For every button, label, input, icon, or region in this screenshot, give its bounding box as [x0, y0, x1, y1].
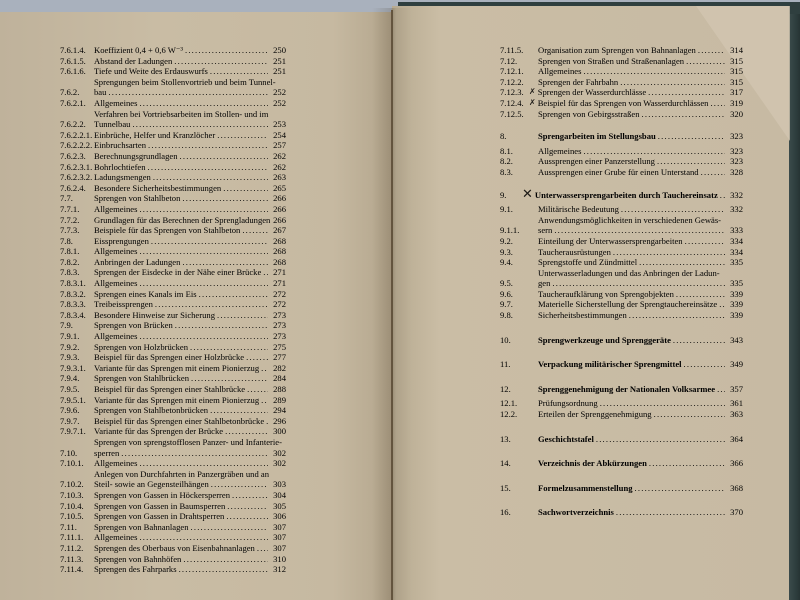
dot-leader: [613, 247, 725, 258]
section-title-group: Eissprengungen: [94, 236, 270, 247]
dot-leader: [246, 352, 268, 363]
book-spine-gutter: [391, 10, 393, 600]
section-title-group: Sprengen von Bahnhöfen: [94, 554, 270, 565]
section-number: 12.1.: [500, 398, 538, 409]
section-title: Taucheraufklärung von Sprengobjekten: [538, 289, 674, 300]
page-number: 300: [270, 426, 286, 437]
section-title: Geschichtstafel: [538, 434, 594, 445]
dot-leader: [190, 342, 268, 353]
page-number: 302: [270, 448, 286, 459]
section-title-group: Prüfungsordnung: [538, 398, 727, 409]
page-number: 302: [270, 458, 286, 469]
page-number: 251: [270, 56, 286, 67]
section-title: Sprengen des Fahrparks: [94, 564, 177, 575]
section-title-group: Allgemeines: [94, 246, 270, 257]
section-number: 7.9.3.: [60, 352, 94, 363]
section-title-group: Sprengen von Holzbrücken: [94, 342, 270, 353]
toc-entry: 10. Sprengwerkzeuge und Sprenggeräte 343: [500, 335, 743, 346]
page-number: 271: [270, 278, 286, 289]
section-title-group: Beispiel für das Sprengen einer Stahlbet…: [94, 416, 270, 427]
section-title-group: Erteilen der Sprenggenehmigung: [538, 409, 727, 420]
section-title-group: Ladungsmengen: [94, 172, 270, 183]
section-number: 7.7.: [60, 193, 94, 204]
toc-entry: 7.10.2. Anlegen von Durchfahrten in Panz…: [60, 469, 286, 490]
section-title: Taucherausrüstungen: [538, 247, 611, 258]
section-title: Erteilen der Sprenggenehmigung: [538, 409, 652, 420]
section-title: Eissprengungen: [94, 236, 149, 247]
section-number: 7.9.1.: [60, 331, 94, 342]
section-number: 13.: [500, 434, 538, 445]
toc-entry: 14. Verzeichnis der Abkürzungen 366: [500, 458, 743, 469]
dot-leader: [223, 183, 268, 194]
toc-entry: 7.6.1.5. Abstand der Ladungen 251: [60, 56, 286, 67]
page-number: 254: [270, 130, 286, 141]
page-number: 253: [270, 119, 286, 130]
toc-entry: 9. ✕Unterwassersprengarbeiten durch Tauc…: [500, 190, 743, 201]
toc-entry: 8.1. Allgemeines 323: [500, 146, 743, 157]
section-title-group: Sprengen von Bahnanlagen: [94, 522, 270, 533]
page-number: 363: [727, 409, 743, 420]
dot-leader: [180, 151, 268, 162]
section-title-group: Materielle Sicherstellung der Sprengtauc…: [538, 299, 727, 310]
section-number: 7.9.7.: [60, 416, 94, 427]
toc-entry: 12.1. Prüfungsordnung 361: [500, 398, 743, 409]
dot-leader: [676, 289, 725, 300]
section-title: Verzeichnis der Abkürzungen: [538, 458, 647, 469]
section-title-group: Sprengen eines Kanals im Eis: [94, 289, 270, 300]
dot-leader: [182, 257, 268, 268]
section-number: 7.6.2.2.2.: [60, 140, 94, 151]
toc-entry: 7.6.2.2.1. Einbrüche, Helfer und Kranzlö…: [60, 130, 286, 141]
toc-entry: 7.11.4. Sprengen des Fahrparks 312: [60, 564, 286, 575]
toc-entry: 9.5. Unterwasserladungen und das Anbring…: [500, 268, 743, 289]
page-number: 304: [270, 490, 286, 501]
toc-entry: 7.7.2. Grundlagen für das Berechnen der …: [60, 215, 286, 226]
dot-leader: [139, 204, 268, 215]
section-title: Allgemeines: [94, 331, 137, 342]
dot-leader: [242, 225, 268, 236]
section-title: Variante für das Sprengen der Brücke: [94, 426, 223, 437]
dot-leader: [108, 87, 268, 98]
section-title: Allgemeines: [94, 204, 137, 215]
section-title-group: Einbrüche, Helfer und Kranzlöcher: [94, 130, 270, 141]
section-number: 7.8.2.: [60, 257, 94, 268]
page-number: 310: [270, 554, 286, 565]
toc-entry: 15. Formelzusammenstellung 368: [500, 483, 743, 494]
dot-leader: [673, 335, 725, 346]
toc-entry: 7.6.2.1. Allgemeines 252: [60, 98, 286, 109]
dot-leader: [191, 522, 268, 533]
page-number: 314: [727, 45, 743, 56]
dot-leader: [210, 66, 268, 77]
toc-entry: 7.11.3. Sprengen von Bahnhöfen 310: [60, 554, 286, 565]
dot-leader: [701, 167, 725, 178]
section-number: 9.1.: [500, 204, 538, 215]
page-number: 334: [727, 247, 743, 258]
section-title-group: Allgemeines: [94, 278, 270, 289]
section-number: 9.3.: [500, 247, 538, 258]
section-title: Sprengen von Stahlbetonbrücken: [94, 405, 208, 416]
toc-entry: 9.2. Einteilung der Unterwassersprengarb…: [500, 236, 743, 247]
section-title-group: Sprengarbeiten im Stellungsbau: [538, 131, 727, 142]
dot-leader: [620, 77, 725, 88]
page-number: 361: [727, 398, 743, 409]
section-number: 7.12.1.: [500, 66, 538, 77]
toc-entry: 16. Sachwortverzeichnis 370: [500, 507, 743, 518]
toc-entry: 7.10. Sprengen von sprengstofflosen Panz…: [60, 437, 286, 458]
toc-entry: 7.8.2. Anbringen der Ladungen 268: [60, 257, 286, 268]
section-title: Tiefe und Weite des Erdauswurfs: [94, 66, 208, 77]
toc-entry: 7.8.3.2. Sprengen eines Kanals im Eis 27…: [60, 289, 286, 300]
section-number: 7.7.1.: [60, 204, 94, 215]
section-number: 7.10.4.: [60, 501, 94, 512]
section-title-group: Sprengen des Oberbaus von Eisenbahnanlag…: [94, 543, 270, 554]
dot-leader: [583, 146, 725, 157]
toc-entry: 7.8.3.1. Allgemeines 271: [60, 278, 286, 289]
page-number: 257: [270, 140, 286, 151]
section-title-group: Allgemeines: [94, 98, 270, 109]
toc-entry: 7.10.3. Sprengen von Gassen in Höckerspe…: [60, 490, 286, 501]
toc-entry: 7.6.2.2. Verfahren bei Vortriebsarbeiten…: [60, 109, 286, 130]
section-title: Beispiel für das Sprengen einer Holzbrüc…: [94, 352, 244, 363]
page-number: 328: [727, 167, 743, 178]
page-number: 288: [270, 384, 286, 395]
page-number: 315: [727, 77, 743, 88]
section-title: Sprengstoffe und Zündmittel: [538, 257, 637, 268]
dot-leader: [191, 373, 268, 384]
toc-entry: 7.9. Sprengen von Brücken 273: [60, 320, 286, 331]
page-number: 323: [727, 146, 743, 157]
section-title-group: Treibeissprengen: [94, 299, 270, 310]
section-title-group: Organisation zum Sprengen von Bahnanlage…: [538, 45, 727, 56]
section-title-group: Sprengen von Stahlbeton: [94, 193, 270, 204]
section-title: Koeffizient 0,4 + 0,6 W⁻³: [94, 45, 183, 56]
toc-entry: 7.8. Eissprengungen 268: [60, 236, 286, 247]
section-number: 7.6.2.2.: [60, 119, 94, 130]
toc-entry: 7.8.3.4. Besondere Hinweise zur Sicherun…: [60, 310, 286, 321]
toc-entry: 8. Sprengarbeiten im Stellungsbau 323: [500, 131, 743, 142]
dot-leader: [658, 131, 725, 142]
handwritten-check-mark-icon: ✗: [529, 98, 536, 109]
dot-leader: [698, 45, 725, 56]
toc-entry: 8.3. Aussprengen einer Grube für einen U…: [500, 167, 743, 178]
page-number: 307: [270, 543, 286, 554]
section-number: 8.3.: [500, 167, 538, 178]
section-title-group: Sprengen von Stahlbrücken: [94, 373, 270, 384]
page-number: 335: [727, 278, 743, 289]
section-title-group: Sprengen von Gassen in Baumsperren: [94, 501, 270, 512]
dot-leader: [720, 190, 725, 201]
page-number: 277: [270, 352, 286, 363]
page-number: 250: [270, 45, 286, 56]
section-title: Verpackung militärischer Sprengmittel: [538, 359, 682, 370]
page-number: 307: [270, 532, 286, 543]
dot-leader: [600, 398, 725, 409]
section-number: 7.8.3.: [60, 267, 94, 278]
dot-leader: [175, 320, 268, 331]
section-title-group: Grundlagen für das Berechnen der Sprengl…: [94, 215, 270, 226]
toc-entry: 7.12.4. ✗Beispiel für das Sprengen von W…: [500, 98, 743, 109]
section-title: Sprengen von Gassen in Baumsperren: [94, 501, 225, 512]
section-number: 7.8.: [60, 236, 94, 247]
section-number: 7.11.: [60, 522, 94, 533]
toc-entry: 9.7. Materielle Sicherstellung der Spren…: [500, 299, 743, 310]
toc-entry: 11. Verpackung militärischer Sprengmitte…: [500, 359, 743, 370]
toc-entry: 7.10.5. Sprengen von Gassen in Drahtsper…: [60, 511, 286, 522]
section-number: 7.6.2.3.1.: [60, 162, 94, 173]
section-title: Bohrlochtiefen: [94, 162, 146, 173]
page-number: 364: [727, 434, 743, 445]
page-number: 252: [270, 87, 286, 98]
section-title-group: Allgemeines: [94, 532, 270, 543]
page-number: 370: [727, 507, 743, 518]
section-title-group: Sachwortverzeichnis: [538, 507, 727, 518]
page-number: 339: [727, 289, 743, 300]
page-number: 332: [727, 204, 743, 215]
page-number: 251: [270, 66, 286, 77]
section-title: Verfahren bei Vortriebsarbeiten im Stoll…: [94, 109, 270, 120]
dot-leader: [648, 87, 725, 98]
section-number: 7.6.1.4.: [60, 45, 94, 56]
dot-leader: [710, 98, 725, 109]
toc-entry: 9.1. Militärische Bedeutung 332: [500, 204, 743, 215]
section-number: 7.6.2.3.: [60, 151, 94, 162]
toc-entry: 7.6.2. Sprengungen beim Stollenvortrieb …: [60, 77, 286, 98]
section-title-group: Aussprengen einer Grube für einen Unters…: [538, 167, 727, 178]
toc-entry: 7.11. Sprengen von Bahnanlagen 307: [60, 522, 286, 533]
page-number: 315: [727, 66, 743, 77]
section-number: 7.9.7.1.: [60, 426, 94, 437]
section-title-group: Sprengen von Gassen in Drahtsperren: [94, 511, 270, 522]
dot-leader: [719, 299, 725, 310]
section-number: 7.7.3.: [60, 225, 94, 236]
section-number: 7.9.5.: [60, 384, 94, 395]
page-number: 334: [727, 236, 743, 247]
section-title-group: ✗Beispiel für das Sprengen von Wasserdur…: [538, 98, 727, 109]
section-number: 7.12.5.: [500, 109, 538, 120]
section-title-group: Sprengen von Stahlbetonbrücken: [94, 405, 270, 416]
toc-entry: 9.8. Sicherheitsbestimmungen 339: [500, 310, 743, 321]
section-number: 8.2.: [500, 156, 538, 167]
dot-leader: [139, 331, 268, 342]
page-number: 305: [270, 501, 286, 512]
section-title-continuation: Steil- sowie an Gegensteilhängen: [94, 479, 209, 490]
dot-leader: [232, 490, 268, 501]
section-title-group: Sprengen der Fahrbahn: [538, 77, 727, 88]
section-title-group: Sprengen des Fahrparks: [94, 564, 270, 575]
section-title: Unterwasserladungen und das Anbringen de…: [538, 268, 727, 279]
section-title-group: Unterwasserladungen und das Anbringen de…: [538, 268, 727, 289]
dot-leader: [182, 193, 268, 204]
page-number: 266: [270, 215, 286, 226]
toc-entry: 7.9.3. Beispiel für das Sprengen einer H…: [60, 352, 286, 363]
section-title: Sprengen von Straßen und Straßenanlagen: [538, 56, 684, 67]
toc-entry: 7.9.5. Beispiel für das Sprengen einer S…: [60, 384, 286, 395]
section-number: 7.8.1.: [60, 246, 94, 257]
page-number: 273: [270, 331, 286, 342]
dot-leader: [552, 278, 725, 289]
page-number: 357: [727, 384, 743, 395]
toc-entry: 7.11.1. Allgemeines 307: [60, 532, 286, 543]
section-title: Allgemeines: [94, 246, 137, 257]
page-number: 303: [270, 479, 286, 490]
page-number: 265: [270, 183, 286, 194]
dot-leader: [717, 384, 725, 395]
toc-entry: 9.4. Sprengstoffe und Zündmittel 335: [500, 257, 743, 268]
toc-entry: 9.3. Taucherausrüstungen 334: [500, 247, 743, 258]
section-number: 7.11.5.: [500, 45, 538, 56]
table-of-contents-left: 7.6.1.4. Koeffizient 0,4 + 0,6 W⁻³ 250 7…: [60, 45, 286, 575]
section-number: 9.8.: [500, 310, 538, 321]
section-title-group: Sprengen von Straßen und Straßenanlagen: [538, 56, 727, 67]
page-number: 268: [270, 257, 286, 268]
section-number: 7.11.3.: [60, 554, 94, 565]
page-number: 366: [727, 458, 743, 469]
dot-leader: [199, 289, 268, 300]
dot-leader: [616, 507, 725, 518]
dot-leader: [174, 56, 268, 67]
section-title-group: Sprengstoffe und Zündmittel: [538, 257, 727, 268]
toc-entry: 12. Sprenggenehmigung der Nationalen Vol…: [500, 384, 743, 395]
page-number: 339: [727, 310, 743, 321]
page-number: 272: [270, 299, 286, 310]
section-title: Einteilung der Unterwassersprengarbeiten: [538, 236, 683, 247]
section-number: 8.1.: [500, 146, 538, 157]
section-title-group: Variante für das Sprengen mit einem Pion…: [94, 363, 270, 374]
section-title: Sprengen der Fahrbahn: [538, 77, 618, 88]
page-number: 315: [727, 56, 743, 67]
section-title: Sprengen von Bahnhöfen: [94, 554, 181, 565]
section-title: Beispiel für das Sprengen einer Stahlbrü…: [94, 384, 245, 395]
section-number: 7.10.1.: [60, 458, 94, 469]
toc-entry: 7.9.1. Allgemeines 273: [60, 331, 286, 342]
section-title: Sprengen von sprengstofflosen Panzer- un…: [94, 437, 270, 448]
section-title: Variante für das Sprengen mit einem Pion…: [94, 395, 259, 406]
section-title: Sprengen von Stahlbeton: [94, 193, 180, 204]
section-title: Sachwortverzeichnis: [538, 507, 614, 518]
toc-entry: 7.9.7. Beispiel für das Sprengen einer S…: [60, 416, 286, 427]
page-number: 323: [727, 131, 743, 142]
table-of-contents-right: 7.11.5. Organisation zum Sprengen von Ba…: [500, 45, 743, 522]
section-number: 7.12.: [500, 56, 538, 67]
section-number: 7.9.: [60, 320, 94, 331]
section-number: 16.: [500, 507, 538, 518]
dot-leader: [148, 162, 268, 173]
toc-entry: 7.7.3. Beispiele für das Sprengen von St…: [60, 225, 286, 236]
section-title-group: Taucherausrüstungen: [538, 247, 727, 258]
section-title: Unterwassersprengarbeiten durch Tauchere…: [535, 190, 718, 201]
page-number: 317: [727, 87, 743, 98]
dot-leader: [621, 204, 725, 215]
toc-entry: 7.8.1. Allgemeines 268: [60, 246, 286, 257]
section-title: Einbrüche, Helfer und Kranzlöcher: [94, 130, 215, 141]
section-title: Allgemeines: [94, 532, 137, 543]
section-title: Berechnungsgrundlagen: [94, 151, 178, 162]
page-number: 268: [270, 246, 286, 257]
section-title-group: Allgemeines: [538, 146, 727, 157]
dot-leader: [554, 225, 725, 236]
section-title-group: Sprenggenehmigung der Nationalen Volksar…: [538, 384, 727, 395]
section-number: 9.4.: [500, 257, 538, 268]
section-number: 7.8.3.2.: [60, 289, 94, 300]
section-title-group: Einbruchsarten: [94, 140, 270, 151]
page-number: 307: [270, 522, 286, 533]
page-number: 263: [270, 172, 286, 183]
page-number: 339: [727, 299, 743, 310]
dot-leader: [247, 384, 268, 395]
section-title: Grundlagen für das Berechnen der Sprengl…: [94, 215, 270, 226]
toc-entry: 7.6.2.2.2. Einbruchsarten 257: [60, 140, 286, 151]
section-number: 8.: [500, 131, 538, 142]
section-title-group: Verfahren bei Vortriebsarbeiten im Stoll…: [94, 109, 270, 130]
section-title-group: Beispiel für das Sprengen einer Holzbrüc…: [94, 352, 270, 363]
section-number: 7.10.5.: [60, 511, 94, 522]
section-title: Prüfungsordnung: [538, 398, 598, 409]
section-title-continuation: sern: [538, 225, 552, 236]
toc-entry: 12.2. Erteilen der Sprenggenehmigung 363: [500, 409, 743, 420]
dot-leader: [649, 458, 725, 469]
section-title: Aussprengen einer Grube für einen Unters…: [538, 167, 699, 178]
section-title-group: Anwendungsmöglichkeiten in verschiedenen…: [538, 215, 727, 236]
toc-entry: 7.7. Sprengen von Stahlbeton 266: [60, 193, 286, 204]
dot-leader: [217, 130, 268, 141]
section-title-continuation: gen: [538, 278, 550, 289]
section-title-group: Anbringen der Ladungen: [94, 257, 270, 268]
section-title: Materielle Sicherstellung der Sprengtauc…: [538, 299, 717, 310]
toc-entry: 7.6.2.4. Besondere Sicherheitsbestimmung…: [60, 183, 286, 194]
toc-entry: 9.6. Taucheraufklärung von Sprengobjekte…: [500, 289, 743, 300]
toc-entry: 7.11.2. Sprengen des Oberbaus von Eisenb…: [60, 543, 286, 554]
section-title: Militärische Bedeutung: [538, 204, 619, 215]
toc-entry: 7.8.3.3. Treibeissprengen 272: [60, 299, 286, 310]
page-number: 335: [727, 257, 743, 268]
dot-leader: [217, 310, 268, 321]
dot-leader: [148, 140, 268, 151]
section-title: Sprengarbeiten im Stellungsbau: [538, 131, 656, 142]
section-number: 7.11.1.: [60, 532, 94, 543]
section-title: Besondere Hinweise zur Sicherung: [94, 310, 215, 321]
dot-leader: [635, 483, 725, 494]
section-number: 7.6.1.6.: [60, 66, 94, 77]
section-number: 7.11.4.: [60, 564, 94, 575]
section-number: 7.6.2.3.2.: [60, 172, 94, 183]
toc-entry: 7.9.2. Sprengen von Holzbrücken 275: [60, 342, 286, 353]
section-title: Sprengen eines Kanals im Eis: [94, 289, 197, 300]
section-number: 7.12.2.: [500, 77, 538, 88]
section-number: 7.9.6.: [60, 405, 94, 416]
section-number: 7.6.2.: [60, 87, 94, 98]
section-number: 7.6.2.4.: [60, 183, 94, 194]
dot-leader: [583, 66, 725, 77]
section-title-group: Tiefe und Weite des Erdauswurfs: [94, 66, 270, 77]
section-title-group: Beispiel für das Sprengen einer Stahlbrü…: [94, 384, 270, 395]
page-number: 294: [270, 405, 286, 416]
dot-leader: [639, 257, 725, 268]
section-title: Sprengen von Stahlbrücken: [94, 373, 189, 384]
page-number: 320: [727, 109, 743, 120]
section-title-group: ✕Unterwassersprengarbeiten durch Taucher…: [538, 190, 727, 201]
page-number: 262: [270, 151, 286, 162]
dot-leader: [185, 45, 268, 56]
page-number: 272: [270, 289, 286, 300]
section-number: 7.7.2.: [60, 215, 94, 226]
toc-entry: 7.12.3. ✗Sprengen der Wasserdurchlässe 3…: [500, 87, 743, 98]
section-title: Variante für das Sprengen mit einem Pion…: [94, 363, 259, 374]
toc-entry: 13. Geschichtstafel 364: [500, 434, 743, 445]
toc-entry: 7.12.5. Sprengen von Gebirgsstraßen 320: [500, 109, 743, 120]
section-title-group: Sprengwerkzeuge und Sprenggeräte: [538, 335, 727, 346]
section-title: Abstand der Ladungen: [94, 56, 172, 67]
